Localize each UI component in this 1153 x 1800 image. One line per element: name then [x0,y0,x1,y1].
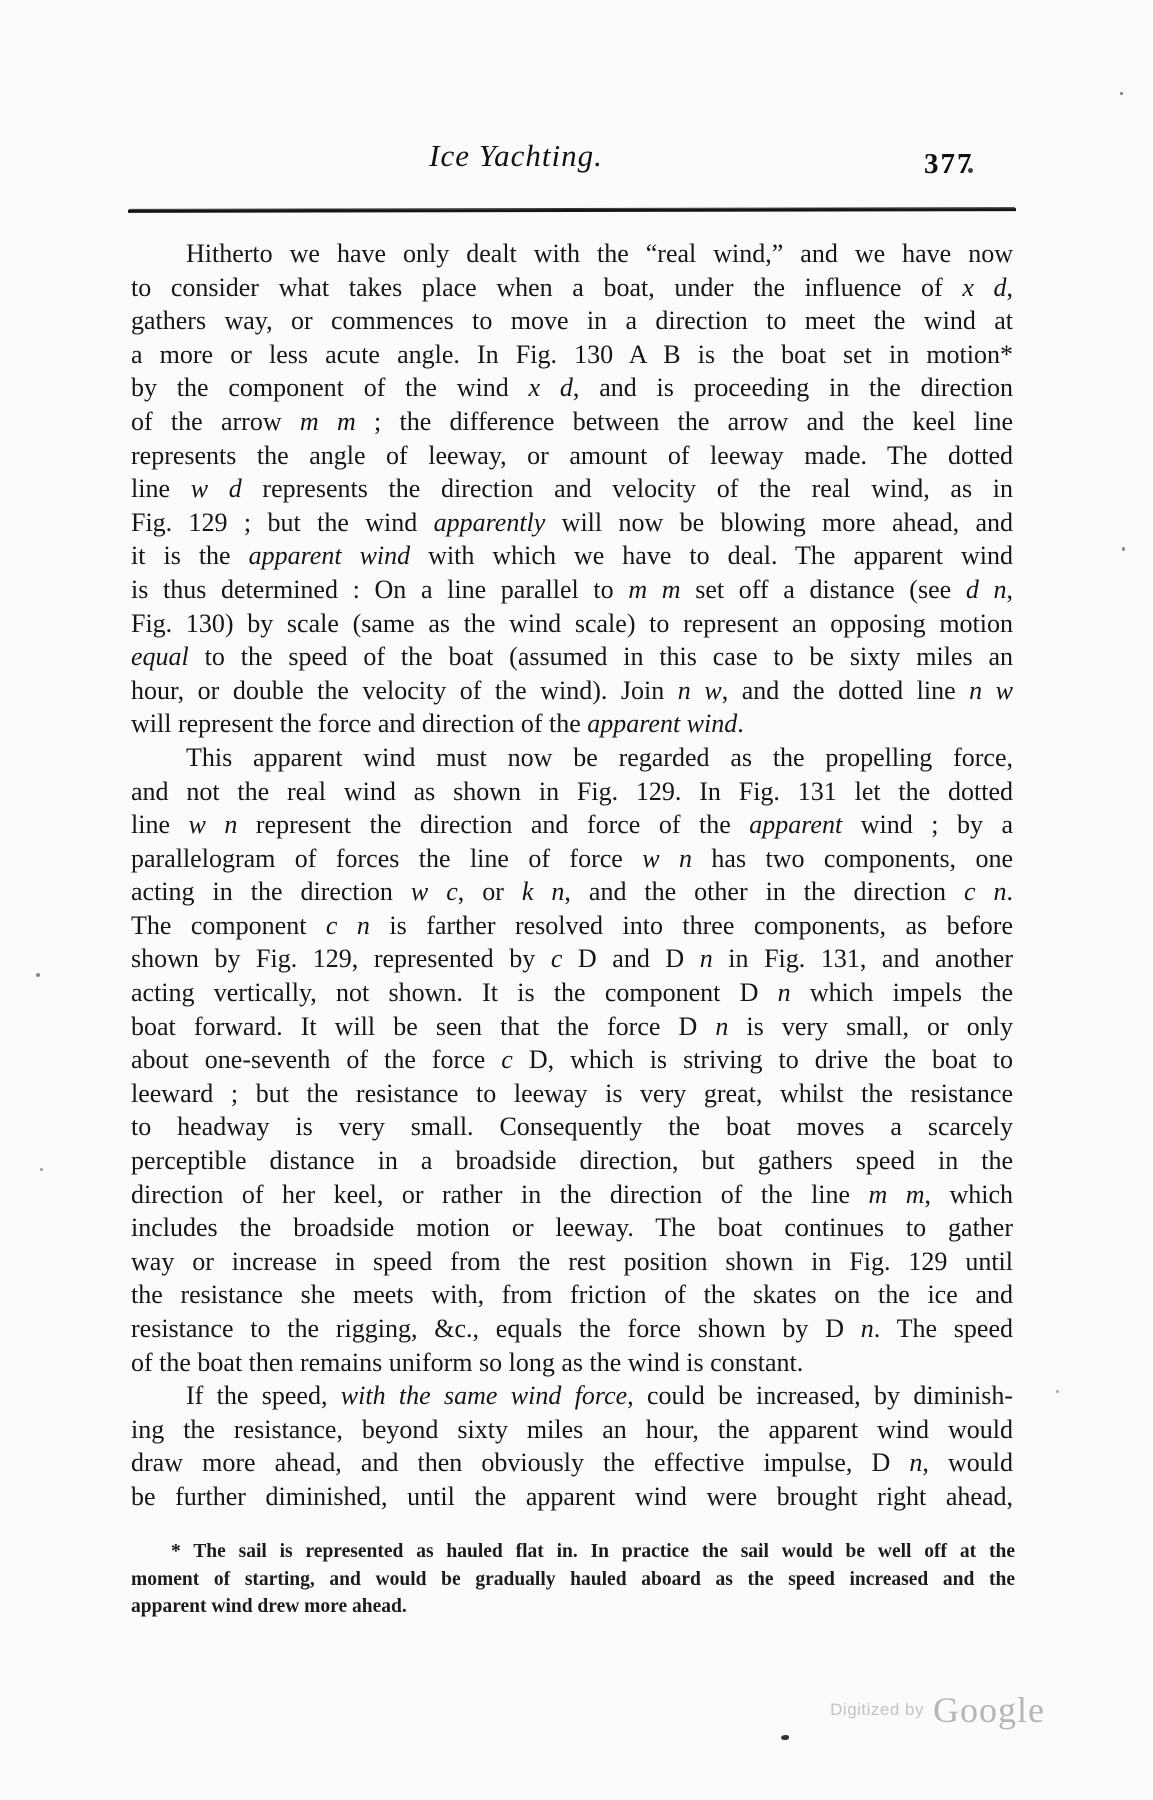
text-line: Hitherto we have only dealt with the “re… [131,237,1013,271]
watermark-prefix: Digitized by [830,1700,924,1720]
scan-speck [40,1168,43,1171]
scan-speck [1056,1390,1059,1393]
text-line: acting vertically, not shown. It is the … [131,976,1013,1010]
text-line: direction of her keel, or rather in the … [131,1178,1013,1212]
text-line: represents the angle of leeway, or amoun… [131,439,1013,473]
text-line: draw more ahead, and then obviously the … [131,1446,1013,1480]
text-line: Fig. 129 ; but the wind apparently will … [131,506,1013,540]
text-line: and not the real wind as shown in Fig. 1… [131,775,1013,809]
watermark: Digitized by Google [795,1686,1045,1734]
book-page: Ice Yachting. 377 Hitherto we have only … [0,0,1153,1800]
text-line: leeward ; but the resistance to leeway i… [131,1077,1013,1111]
google-logo: Google [933,1689,1045,1731]
scan-speck [36,973,40,977]
text-line: line w n represent the direction and for… [131,808,1013,842]
footnote: * The sail is represented as hauled flat… [131,1538,1015,1621]
text-line: perceptible distance in a broadside dire… [131,1144,1013,1178]
text-line: will represent the force and direction o… [131,707,1013,741]
text-line: it is the apparent wind with which we ha… [131,539,1013,573]
page-number: 377 [924,148,974,181]
scan-speck [1122,547,1125,551]
text-line: way or increase in speed from the rest p… [131,1245,1013,1279]
text-line: of the boat then remains uniform so long… [131,1346,1013,1380]
text-line: be further diminished, until the apparen… [131,1480,1013,1514]
text-line: gathers way, or commences to move in a d… [131,304,1013,338]
text-line: includes the broadside motion or leeway.… [131,1211,1013,1245]
text-line: line w d represents the direction and ve… [131,472,1013,506]
text-line: This apparent wind must now be regarded … [131,741,1013,775]
text-line: equal to the speed of the boat (assumed … [131,640,1013,674]
text-line: boat forward. It will be seen that the f… [131,1010,1013,1044]
header-rule [128,208,1016,213]
text-line: the resistance she meets with, from fric… [131,1278,1013,1312]
text-line: to consider what takes place when a boat… [131,271,1013,305]
footnote-line: * The sail is represented as hauled flat… [131,1538,1015,1566]
text-line: shown by Fig. 129, represented by c D an… [131,942,1013,976]
scan-speck [781,1735,789,1740]
text-line: by the component of the wind x d, and is… [131,371,1013,405]
text-line: If the speed, with the same wind force, … [131,1379,1013,1413]
scan-speck [968,168,973,173]
footnote-line: moment of starting, and would be gradual… [131,1566,1015,1594]
text-line: about one-seventh of the force c D, whic… [131,1043,1013,1077]
footnote-line: apparent wind drew more ahead. [131,1593,1015,1621]
text-line: of the arrow m m ; the difference betwee… [131,405,1013,439]
text-line: ing the resistance, beyond sixty miles a… [131,1413,1013,1447]
text-line: a more or less acute angle. In Fig. 130 … [131,338,1013,372]
text-line: parallelogram of forces the line of forc… [131,842,1013,876]
text-line: The component c n is farther resolved in… [131,909,1013,943]
text-line: Fig. 130) by scale (same as the wind sca… [131,607,1013,641]
text-line: to headway is very small. Consequently t… [131,1110,1013,1144]
text-line: resistance to the rigging, &c., equals t… [131,1312,1013,1346]
running-head: Ice Yachting. [75,138,957,186]
scan-speck [1120,92,1123,95]
text-line: is thus determined : On a line parallel … [131,573,1013,607]
body-text: Hitherto we have only dealt with the “re… [131,237,1013,1514]
text-line: acting in the direction w c, or k n, and… [131,875,1013,909]
page-title: Ice Yachting. [429,138,603,173]
text-line: hour, or double the velocity of the wind… [131,674,1013,708]
